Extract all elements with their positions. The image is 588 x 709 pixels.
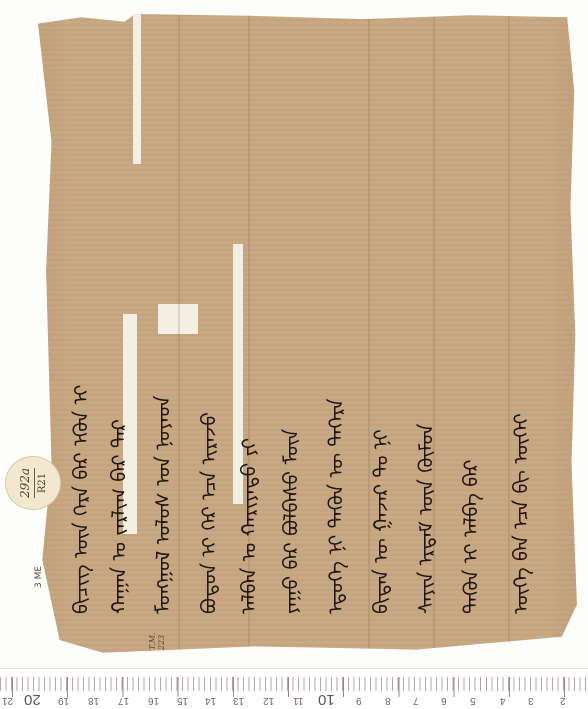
ruler-label: 12 [263, 695, 274, 706]
ruler-label: 17 [118, 695, 129, 706]
text-column: ᠠᠯᠪᠠᠨ ᠤ ᠬᠠᠷᠢᠶᠠᠲᠤ ᠶᠢ [236, 54, 262, 614]
ruler-label: 14 [205, 695, 216, 706]
text-column: ᠬᠠᠭᠠᠨ ᠤ ᠵᠠᠷᠯᠢᠭ ᠪᠠᠷ ᠲᠡᠷ [106, 54, 132, 614]
measurement-ruler: 21 20 19 18 17 16 15 14 13 12 11 10 9 8 … [0, 668, 588, 709]
label-top-text: 292a [18, 468, 32, 498]
text-column: ᠰᠠᠶᠢᠨ ᠡᠷᠳᠡᠮ ᠦᠨ ᠬᠦᠮᠦᠨ [413, 54, 439, 614]
ruler-major-ticks [0, 677, 588, 697]
ruler-label: 9 [356, 695, 362, 706]
ruler-label: 5 [470, 695, 476, 706]
folio-mark-line2: 223 [157, 633, 166, 650]
text-column: ᠦᠭᠡ ᠪᠠᠨ ᠡᠴᠡ ᠪᠢ ᠦᠭᠡᠢ [508, 54, 534, 614]
ruler-label: 19 [58, 695, 69, 706]
folio-mark-line1: T.M. [148, 633, 157, 650]
folio-mark: T.M. 223 [148, 633, 166, 650]
text-column: ᠶᠠᠭᠤ ᠪᠠᠷ ᠪᠤᠯᠪᠠᠰᠤ ᠮᠦᠨ [278, 54, 304, 614]
text-column: ᠪᠤᠳᠤᠨ ᠢ ᠭᠡᠷ ᠡᠴᠡ ᠢᠷᠡᠵᠦ [196, 54, 222, 614]
ruler-label: 7 [413, 695, 419, 706]
ruler-label: 11 [293, 695, 303, 706]
label-divider [34, 468, 35, 498]
ruler-label: 20 [24, 691, 41, 708]
ruler-label: 2 [560, 695, 566, 706]
ruler-label: 18 [88, 695, 99, 706]
catalog-label-sticker: 292a R21 [5, 456, 61, 510]
ruler-label: 4 [500, 695, 506, 706]
ruler-label: 16 [148, 695, 159, 706]
text-column: ᠪᠢᠳᠡᠨ ᠦ ᠭᠠᠵᠠᠷ ᠲᠤ ᠨᠢ [368, 54, 394, 614]
label-bottom-text: R21 [37, 473, 48, 493]
text-column: ᠮᠣᠩᠭᠣᠯ ᠤᠯᠤᠰ ᠤᠨ ᠨᠣᠶᠠᠳ [150, 54, 176, 614]
text-column: ᠲᠡᠭᠦᠨ ᠢ ᠠᠯᠪᠠ ᠪᠠᠷ [458, 54, 484, 614]
ruler-label: 10 [318, 691, 335, 708]
ruler-label: 3 [528, 695, 534, 706]
manuscript-scan: ᠪᠢᠴᠢᠭ ᠦᠨ ᠭᠡᠷᠡ ᠪᠠᠷ ᠡᠭᠦᠨ ᠢ ᠬᠠᠭᠠᠨ ᠤ ᠵᠠᠷᠯᠢᠭ … [0, 0, 588, 709]
ruler-label: 8 [385, 695, 391, 706]
ruler-label: 13 [233, 695, 244, 706]
ruler-label: 6 [441, 695, 447, 706]
ruler-label: 21 [2, 695, 13, 706]
shelf-mark: 3 ME [34, 566, 44, 588]
ruler-label: 15 [177, 695, 188, 706]
text-columns: ᠪᠢᠴᠢᠭ ᠦᠨ ᠭᠡᠷᠡ ᠪᠠᠷ ᠡᠭᠦᠨ ᠢ ᠬᠠᠭᠠᠨ ᠤ ᠵᠠᠷᠯᠢᠭ … [38, 14, 578, 656]
text-column: ᠡᠳᠦᠭᠡ ᠨᠢ ᠲᠡᠭᠦᠨ ᠦ ᠳᠡᠭᠡᠷᠡ [323, 54, 349, 614]
text-column: ᠪᠢᠴᠢᠭ ᠦᠨ ᠭᠡᠷᠡ ᠪᠠᠷ ᠡᠭᠦᠨ ᠢ [68, 54, 94, 614]
